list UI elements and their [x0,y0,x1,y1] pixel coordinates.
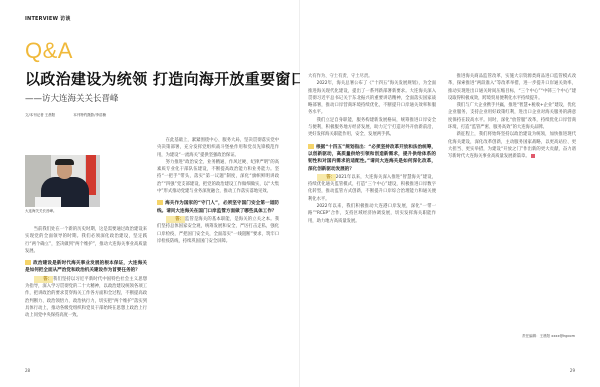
article-subtitle: ——访大连海关关长晋峰 [25,92,119,104]
photo-caption: 大连海关关长晋峰。 [25,209,57,214]
answer-3: 答：2021年以来，大连海关深入推进“智慧海关”建设，持续优化通关监管模式，打造… [308,174,436,203]
answer-2: 答：监管是海关的基本职能，是海关的立关之本。我们坚持总体国家安全观，统筹发展和安… [157,216,279,245]
left-page: INTERVIEW 访谈 Q&A 以政治建设为统领 打造向海开放重要窗口 ——访… [0,0,300,387]
text-column-4: 推进海关商品监管改革，实施大宗资源类商品进口监管模式改革，探索推进“两段准入”等… [448,73,576,161]
paragraph: 推进海关商品监管改革，实施大宗资源类商品进口监管模式改革，探索推进“两段准入”等… [448,73,576,102]
question-1: 政治建设是新时代海关事业发展的根本保证，大连海关是如何把全面从严治党和政治机关建… [25,260,147,275]
paragraph: 2022年，海关总署公布了《“十四五”海关发展规划》，为全面推进海关现代化建设，… [308,80,436,116]
portrait-photo [25,155,100,207]
article-headline: 以政治建设为统领 打造向海开放重要窗口 [25,68,306,89]
byline: 文/本刊记者 王晨阳 本刊特约摄影/李浩楠 [25,113,106,118]
paragraph: 在此基础上，紧紧围绕中心、服务大局，坚决贯彻落实党中央决策部署，充分发挥党组织战… [157,137,279,159]
paragraph: 我们立足自身职能，服务构建新发展格局，统筹推进口岸安全与便利，积极服务地方经济发… [308,117,436,139]
right-page: 大有作为、守土有责、守土尽责。 2022年，海关总署公布了《“十四五”海关发展规… [300,0,600,387]
text-column-3: 大有作为、守土有责、守土尽责。 2022年，海关总署公布了《“十四五”海关发展规… [308,73,436,225]
paragraph: 努力推进“政治安全、业务精通、作风过硬、纪律严明”的高素质专业化干部队伍建设，不… [157,159,279,195]
question-3: 根据“十四五”规划指出：“必须坚持改革开放和法治统筹，以创新驱动，高质量供给引领… [308,144,436,173]
question-2: 海关作为国家的“守门人”，必须坚守国门安全第一道防线。请问大连海关在国门口岸监管… [157,200,279,215]
section-tag: INTERVIEW 访谈 [25,15,71,22]
answer-1: 答：我们坚持以习近平新时代中国特色社会主义思想为指导，深入学习贯彻党的二十大精神… [25,276,147,320]
author-credit: 文/本刊记者 王晨阳 [25,113,55,118]
paragraph: 我们与广大企业携手共赢，推进“智慧+税收+企业”建设，优化企业服务，支持企业用好… [448,102,576,131]
intro-paragraph: 当前我们处在一个新的历史时期，这是需要通过政治建设来实现党的全面领导的时期。我们… [25,226,147,255]
editor-credit: 责任编辑：王晨阳 xxxx@hgcom [522,334,575,339]
paragraph: 大有作为、守土有责、守土尽责。 [308,73,436,80]
text-column-1: 当前我们处在一个新的历史时期，这是需要通过政治建设来实现党的全面领导的时期。我们… [25,226,147,320]
figure-hair [55,159,74,165]
photo-credit: 本刊特约摄影/李浩楠 [73,113,106,118]
question-marker-icon [308,144,314,149]
end-of-article-icon [531,154,535,158]
paragraph: 新征程上，我们将始终坚持以政治建设为统领，加快推进现代化海关建设，深化改革创新，… [448,131,576,160]
text-column-2: 在此基础上，紧紧围绕中心、服务大局，坚决贯彻落实党中央决策部署，充分发挥党组织战… [157,137,279,245]
question-marker-icon [157,200,163,205]
page-number-left: 28 [25,368,30,373]
qa-kicker: Q&A [25,38,73,64]
magazine-spread: INTERVIEW 访谈 Q&A 以政治建设为统领 打造向海开放重要窗口 ——访… [0,0,600,387]
question-marker-icon [25,260,31,265]
papers [35,197,61,207]
paragraph: 2022年以来，我们积极推动大连港口岸发展，深化“一带一路”“RCEP”合作，支… [308,203,436,225]
answer-label: 答： [317,174,336,181]
answer-label: 答： [166,216,185,223]
answer-label: 答： [34,276,53,283]
page-number-right: 29 [570,368,575,373]
